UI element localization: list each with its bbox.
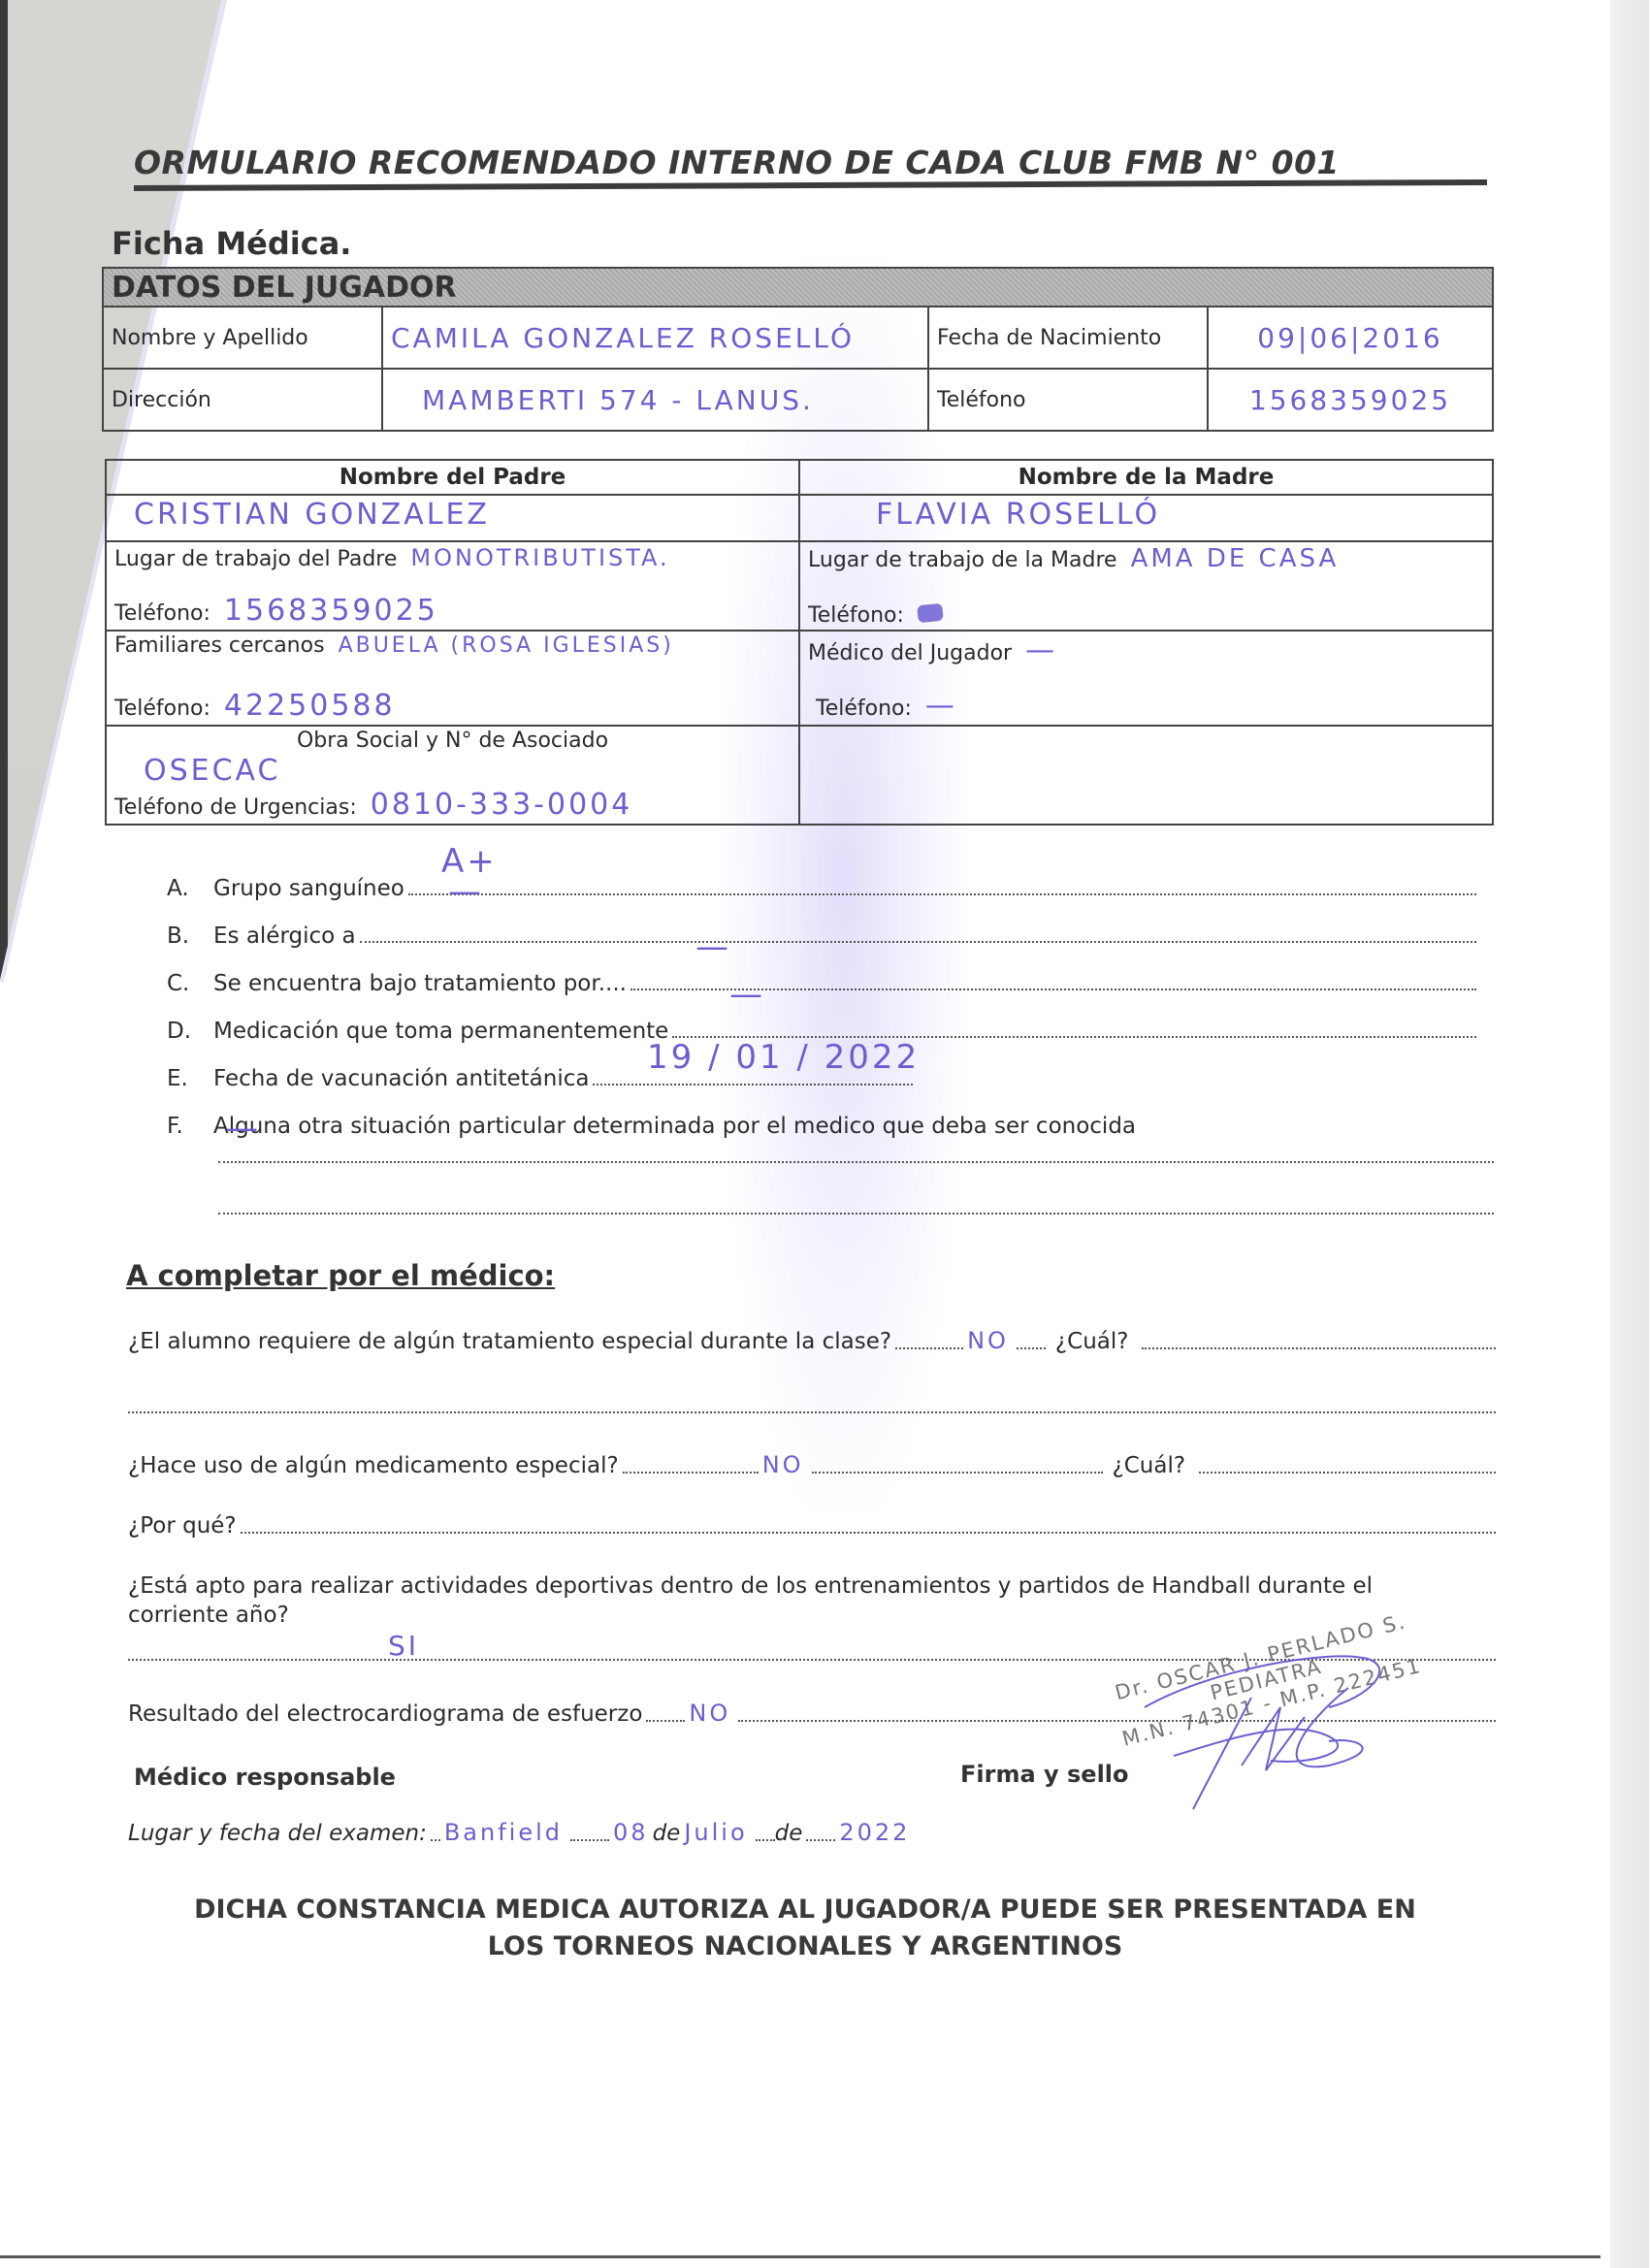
q-answer[interactable]: NO: [762, 1451, 804, 1478]
ecg-label: Resultado del electrocardiograma de esfu…: [128, 1701, 642, 1727]
de-label: de: [653, 1821, 681, 1846]
emergency-value[interactable]: 0810-333-0004: [371, 788, 633, 822]
dots: [806, 1838, 835, 1841]
form-subtitle: Ficha Médica.: [112, 225, 351, 262]
father-phone-value[interactable]: 1568359025: [224, 594, 438, 628]
mother-phone-scribble[interactable]: [917, 603, 944, 624]
insurance-label: Obra Social y N° de Asociado: [114, 729, 791, 753]
relatives-phone-value[interactable]: 42250588: [224, 689, 396, 723]
medical-item-other: F. Alguna otra situación particular dete…: [167, 1091, 1476, 1139]
name-value[interactable]: CAMILA GONZALEZ ROSELLÓ: [382, 307, 928, 369]
authorization-note: DICHA CONSTANCIA MEDICA AUTORIZA AL JUGA…: [116, 1892, 1494, 1965]
medical-item-blood-type: A. Grupo sanguíneo A+: [167, 854, 1476, 901]
medical-item-tetanus-date: E. Fecha de vacunación antitetánica 19 /…: [167, 1044, 1476, 1091]
player-phone-value[interactable]: 1568359025: [1208, 369, 1493, 431]
scanner-right-strip: [1610, 0, 1649, 2268]
q-fit-for-sport: ¿Está apto para realizar actividades dep…: [128, 1571, 1447, 1630]
note-line-2: LOS TORNEOS NACIONALES Y ARGENTINOS: [116, 1928, 1494, 1965]
father-header: Nombre del Padre: [106, 460, 799, 495]
responsible-doctor-label: Médico responsable: [134, 1764, 396, 1791]
signature-label: Firma y sello: [960, 1761, 1129, 1788]
doctor-section-title: A completar por el médico:: [126, 1259, 555, 1292]
item-letter: E.: [167, 1066, 213, 1091]
item-label: Grupo sanguíneo: [213, 876, 404, 901]
dots: [431, 1838, 440, 1841]
place-value[interactable]: Banfield: [444, 1819, 563, 1846]
item-letter: D.: [167, 1019, 213, 1044]
q-why: ¿Por qué?: [128, 1513, 1496, 1539]
q-answer[interactable]: NO: [967, 1327, 1009, 1354]
which-field[interactable]: [1142, 1346, 1496, 1349]
item-label: Alguna otra situación particular determi…: [213, 1114, 1136, 1139]
doctor-phone-value[interactable]: —: [925, 689, 957, 723]
family-data-table: Nombre del Padre Nombre de la Madre CRIS…: [105, 459, 1494, 826]
medical-item-medication: D. Medicación que toma permanentemente —: [167, 996, 1476, 1044]
other-line-2[interactable]: [218, 1213, 1494, 1215]
page-bottom-edge: [0, 2255, 1600, 2258]
address-label: Dirección: [103, 369, 382, 431]
player-data-table: DATOS DEL JUGADOR Nombre y Apellido CAMI…: [102, 267, 1494, 432]
address-value[interactable]: MAMBERTI 574 - LANUS.: [382, 369, 928, 431]
form-title: ORMULARIO RECOMENDADO INTERNO DE CADA CL…: [134, 144, 1492, 181]
name-label: Nombre y Apellido: [103, 307, 382, 369]
note-line-1: DICHA CONSTANCIA MEDICA AUTORIZA AL JUGA…: [116, 1892, 1494, 1928]
item-label: Es alérgico a: [213, 923, 356, 949]
mother-phone-label: Teléfono:: [808, 603, 904, 628]
insurance-value[interactable]: OSECAC: [114, 754, 791, 788]
relatives-label: Familiares cercanos: [114, 633, 325, 658]
q-special-medication: ¿Hace uso de algún medicamento especial?…: [128, 1451, 1496, 1478]
medical-items-list: A. Grupo sanguíneo A+ B. Es alérgico a —…: [167, 854, 1476, 1139]
mother-work-label: Lugar de trabajo de la Madre: [808, 548, 1117, 572]
player-phone-label: Teléfono: [928, 369, 1208, 431]
doctor-label: Médico del Jugador: [808, 641, 1012, 665]
month-value[interactable]: Julio: [684, 1819, 747, 1846]
doctor-signature-icon: [1135, 1649, 1426, 1814]
answer-field[interactable]: [360, 940, 1476, 943]
mother-header: Nombre de la Madre: [799, 460, 1493, 495]
dots: [623, 1471, 759, 1474]
q-label: ¿El alumno requiere de algún tratamiento…: [128, 1329, 891, 1354]
de-label-2: de: [775, 1821, 803, 1846]
item-answer: —: [225, 1109, 261, 1148]
dots: [756, 1838, 775, 1841]
item-label: Fecha de vacunación antitetánica: [213, 1066, 589, 1091]
item-letter: C.: [167, 971, 213, 996]
item-answer: —: [448, 872, 484, 911]
answer-field[interactable]: [408, 892, 1476, 895]
birth-label: Fecha de Nacimiento: [928, 307, 1208, 369]
dots: [1017, 1346, 1046, 1349]
emergency-label: Teléfono de Urgencias:: [114, 795, 357, 820]
player-section-title: DATOS DEL JUGADOR: [103, 268, 1493, 307]
answer-field[interactable]: [593, 1083, 913, 1085]
which-field[interactable]: [1199, 1471, 1496, 1474]
year-value[interactable]: 2022: [839, 1819, 910, 1846]
dots: [812, 1471, 1103, 1474]
father-phone-label: Teléfono:: [114, 601, 210, 626]
father-name[interactable]: CRISTIAN GONZALEZ: [114, 498, 490, 532]
relatives-value[interactable]: ABUELA (ROSA IGLESIAS): [339, 633, 674, 658]
item-label: Medicación que toma permanentemente: [213, 1019, 668, 1044]
dots: [646, 1719, 685, 1722]
place-date-row: Lugar y fecha del examen: Banfield 08 de…: [128, 1819, 1147, 1846]
item-answer: —: [729, 975, 765, 1014]
doctor-value[interactable]: —: [1025, 633, 1057, 667]
doctor-phone-label: Teléfono:: [816, 697, 912, 721]
place-date-label: Lugar y fecha del examen:: [128, 1821, 427, 1846]
medical-item-allergy: B. Es alérgico a —: [167, 901, 1476, 949]
item-answer: —: [695, 927, 731, 966]
mother-work-value[interactable]: AMA DE CASA: [1131, 544, 1340, 573]
item-letter: A.: [167, 876, 213, 901]
which-label: ¿Cuál?: [1055, 1329, 1129, 1354]
item-letter: F.: [167, 1114, 213, 1139]
father-work-label: Lugar de trabajo del Padre: [114, 547, 397, 571]
q-label: ¿Hace uso de algún medicamento especial?: [128, 1453, 619, 1478]
birth-value[interactable]: 09|06|2016: [1208, 307, 1493, 369]
father-work-value[interactable]: MONOTRIBUTISTA.: [410, 544, 669, 571]
why-field[interactable]: [241, 1531, 1496, 1534]
other-line-1[interactable]: [218, 1161, 1494, 1163]
why-label: ¿Por qué?: [128, 1513, 237, 1539]
relatives-phone-label: Teléfono:: [114, 697, 210, 721]
medical-item-treatment: C. Se encuentra bajo tratamiento por....…: [167, 949, 1476, 996]
ecg-answer[interactable]: NO: [689, 1700, 730, 1727]
dots: [570, 1838, 609, 1841]
q-special-treatment: ¿El alumno requiere de algún tratamiento…: [128, 1327, 1496, 1354]
empty-cell: [799, 726, 1493, 825]
item-label: Se encuentra bajo tratamiento por....: [213, 971, 627, 996]
item-letter: B.: [167, 923, 213, 949]
day-value[interactable]: 08: [613, 1819, 649, 1846]
item-answer: 19 / 01 / 2022: [647, 1038, 920, 1077]
which-line[interactable]: [128, 1411, 1496, 1413]
dots: [895, 1346, 963, 1349]
mother-name[interactable]: FLAVIA ROSELLÓ: [808, 498, 1160, 532]
which-label: ¿Cuál?: [1113, 1453, 1186, 1478]
fit-answer[interactable]: SI: [388, 1630, 419, 1662]
